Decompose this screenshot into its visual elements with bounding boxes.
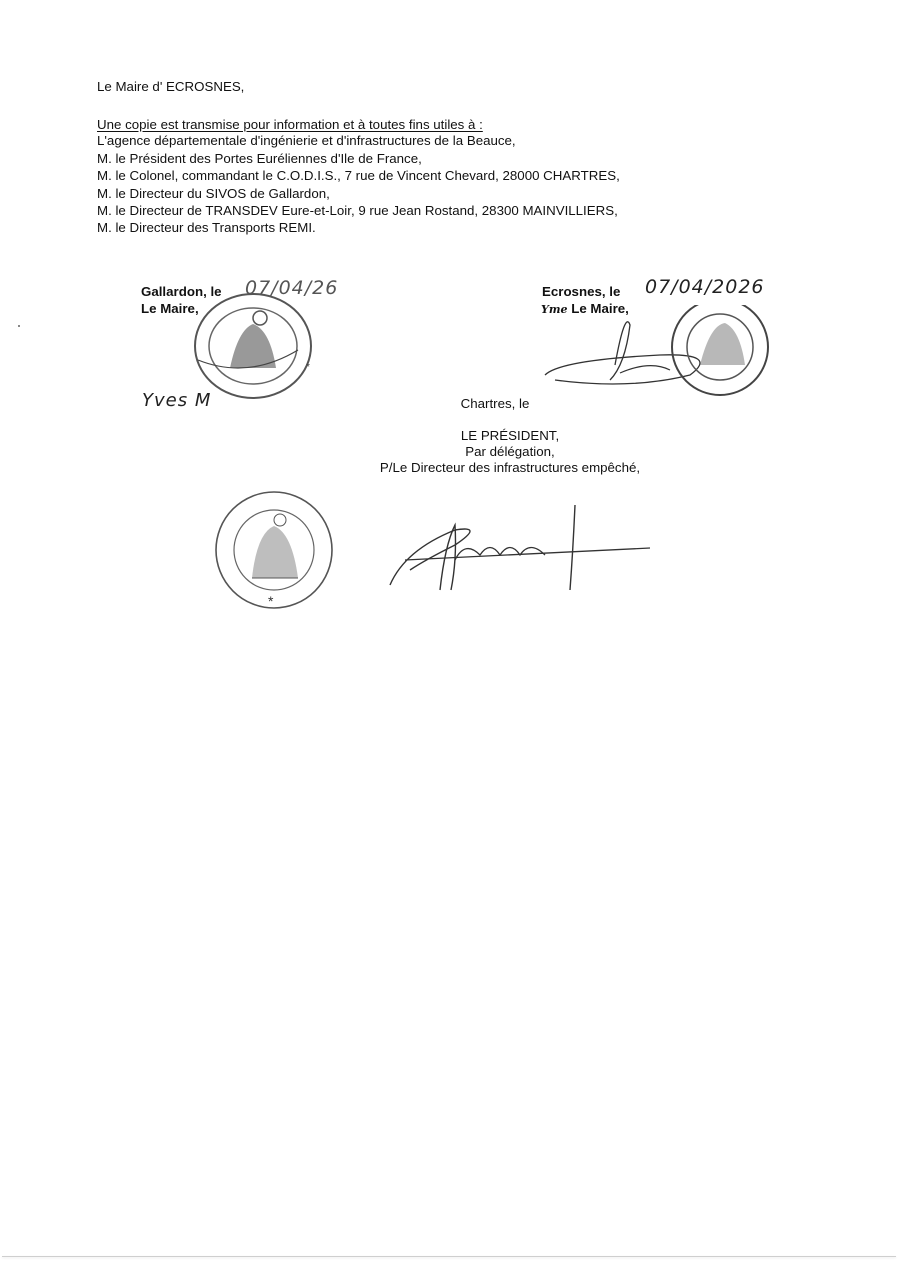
ecrosnes-handwritten-prefix: Yme <box>541 303 568 316</box>
ecrosnes-title-text: Le Maire, <box>571 301 629 316</box>
gallardon-place-line: Gallardon, le <box>141 283 222 301</box>
gallardon-stamp-icon: * <box>178 290 318 402</box>
ecrosnes-place-line: Ecrosnes, le <box>542 283 620 301</box>
chartres-signatory: P/Le Directeur des infrastructures empêc… <box>340 460 680 476</box>
president-signature-icon <box>385 500 655 595</box>
gallardon-handwritten-name: Yves M <box>142 390 211 411</box>
svg-text:*: * <box>306 362 310 373</box>
document-page: Le Maire d' ECROSNES, Une copie est tran… <box>0 0 900 1272</box>
chartres-place-line: Chartres, le <box>310 396 680 412</box>
scan-speck <box>18 325 20 327</box>
department-stamp-icon: * <box>212 488 337 616</box>
ecrosnes-signature-icon <box>540 305 780 400</box>
ecrosnes-title: Yme Le Maire, <box>541 300 629 319</box>
recipient-line: L'agence départementale d'ingénierie et … <box>97 132 516 150</box>
gallardon-title: Le Maire, <box>141 300 199 318</box>
chartres-title: LE PRÉSIDENT, <box>340 428 680 444</box>
recipient-line: M. le Colonel, commandant le C.O.D.I.S.,… <box>97 167 620 185</box>
recipient-line: M. le Président des Portes Euréliennes d… <box>97 150 422 168</box>
chartres-signature-block: Chartres, le LE PRÉSIDENT, Par délégatio… <box>340 396 680 476</box>
recipient-line: M. le Directeur de TRANSDEV Eure-et-Loir… <box>97 202 618 220</box>
chartres-delegation: Par délégation, <box>340 444 680 460</box>
page-edge-divider <box>2 1256 896 1257</box>
ecrosnes-handwritten-date: 07/04/2026 <box>645 276 765 298</box>
svg-text:*: * <box>268 593 274 609</box>
recipient-line: M. le Directeur du SIVOS de Gallardon, <box>97 185 330 203</box>
gallardon-handwritten-date: 07/04/26 <box>245 277 338 299</box>
recipient-line: M. le Directeur des Transports REMI. <box>97 219 316 237</box>
salutation: Le Maire d' ECROSNES, <box>97 78 244 96</box>
